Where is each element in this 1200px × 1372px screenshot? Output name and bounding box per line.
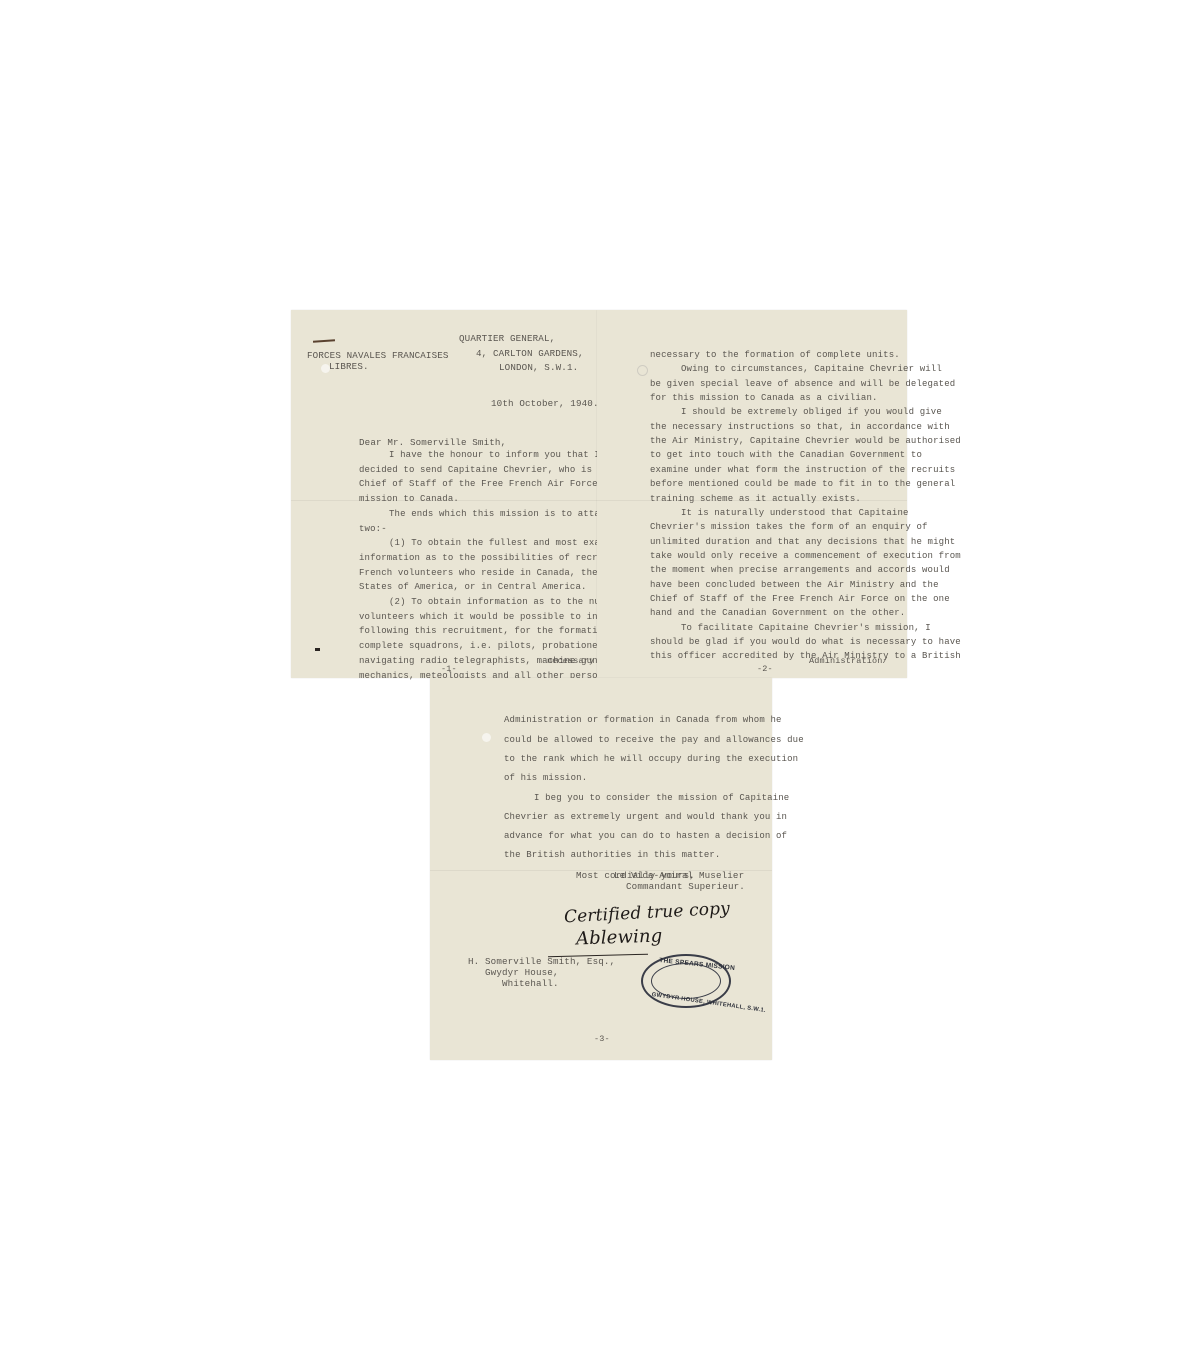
recipient-address-line: Whitehall.	[468, 978, 615, 989]
catchword: Administration/	[809, 656, 888, 666]
text-line: could be allowed to receive the pay and …	[504, 731, 804, 751]
letter-page-2: necessary to the formation of complete u…	[597, 310, 907, 678]
text-line: Administration or formation in Canada fr…	[504, 711, 782, 731]
recipient-address-line: Gwydyr House,	[468, 967, 615, 978]
text-line: I beg you to consider the mission of Cap…	[534, 789, 789, 809]
catchword: necessary	[547, 656, 594, 666]
text-line: of his mission.	[504, 769, 587, 789]
signatory-name: Le Vice-Amiral Muselier	[614, 870, 745, 881]
punch-hole	[482, 733, 491, 742]
handwritten-certification: Certified true copy	[564, 900, 731, 928]
text-line: Chevrier as extremely urgent and would t…	[504, 808, 787, 828]
text-line: advance for what you can do to hasten a …	[504, 827, 787, 847]
signatory-title: Commandant Superieur.	[614, 881, 745, 892]
recipient-name: H. Somerville Smith, Esq.,	[468, 956, 615, 967]
recipient-block: H. Somerville Smith, Esq., Gwydyr House,…	[468, 956, 615, 989]
punch-hole	[637, 365, 648, 376]
page-number: -1-	[441, 664, 457, 674]
letter-page-3: Administration or formation in Canada fr…	[430, 678, 772, 1060]
text-line: this officer accredited by the Air Minis…	[650, 647, 961, 667]
text-line: to the rank which he will occupy during …	[504, 750, 798, 770]
handwritten-signature: Ablewing	[576, 926, 663, 949]
page-1-lower-text: complete squadrons, i.e. pilots, probati…	[291, 310, 597, 678]
text-line: the British authorities in this matter.	[504, 846, 720, 866]
page-number: -2-	[757, 664, 773, 674]
spears-mission-stamp: THE SPEARS MISSION GWYDYR HOUSE, WHITEHA…	[641, 954, 731, 1008]
page-number: -3-	[594, 1030, 610, 1050]
signatory-block: Le Vice-Amiral Muselier Commandant Super…	[614, 870, 745, 892]
